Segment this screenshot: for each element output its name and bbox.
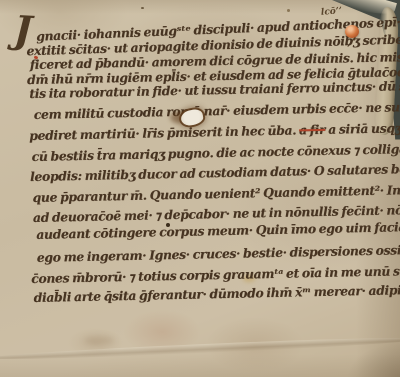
manuscript-line: cū bestiis t̄ra mariqʒ pugno. die ac noc… xyxy=(32,142,400,163)
red-struck-word: a fir xyxy=(299,122,325,138)
manuscript-line: c̄ones m̄brorū· ⁊ totius corpis grauamᵗᵃ… xyxy=(31,264,400,285)
manuscript-line: cem militū custodia romā nar̄· eiusdem u… xyxy=(34,101,400,122)
text-block: gnacii· iohannis euūgˢᵗᵉ discipuli· apud… xyxy=(0,0,400,377)
manuscript-line: ego me ingeram· Ignes· cruces· bestie· d… xyxy=(37,243,400,264)
manuscript-line: leopdis: militibʒ ducor ad custodiam dat… xyxy=(30,163,400,184)
manuscript-line: que p̄parantur m̄. Quando uenient² Quand… xyxy=(32,183,400,205)
manuscript-line: audeant cōtingere corpus meum· Quin īmo … xyxy=(36,221,400,242)
wax-drop xyxy=(345,25,359,38)
line-segment: a siriā usqʒ romam: xyxy=(325,119,400,137)
line-segment: pediret martiriū· lr̄is p̄miserit in hec… xyxy=(29,122,299,143)
manuscript-line: pediret martiriū· lr̄is p̄miserit in hec… xyxy=(29,121,400,142)
manuscript-line: diab̄li arte q̄sita ḡferantur· dūmodo ih… xyxy=(33,284,400,305)
manuscript-photo: J lcō’’ / gnacii· iohannis euūgˢᵗᵉ disci… xyxy=(0,0,400,377)
